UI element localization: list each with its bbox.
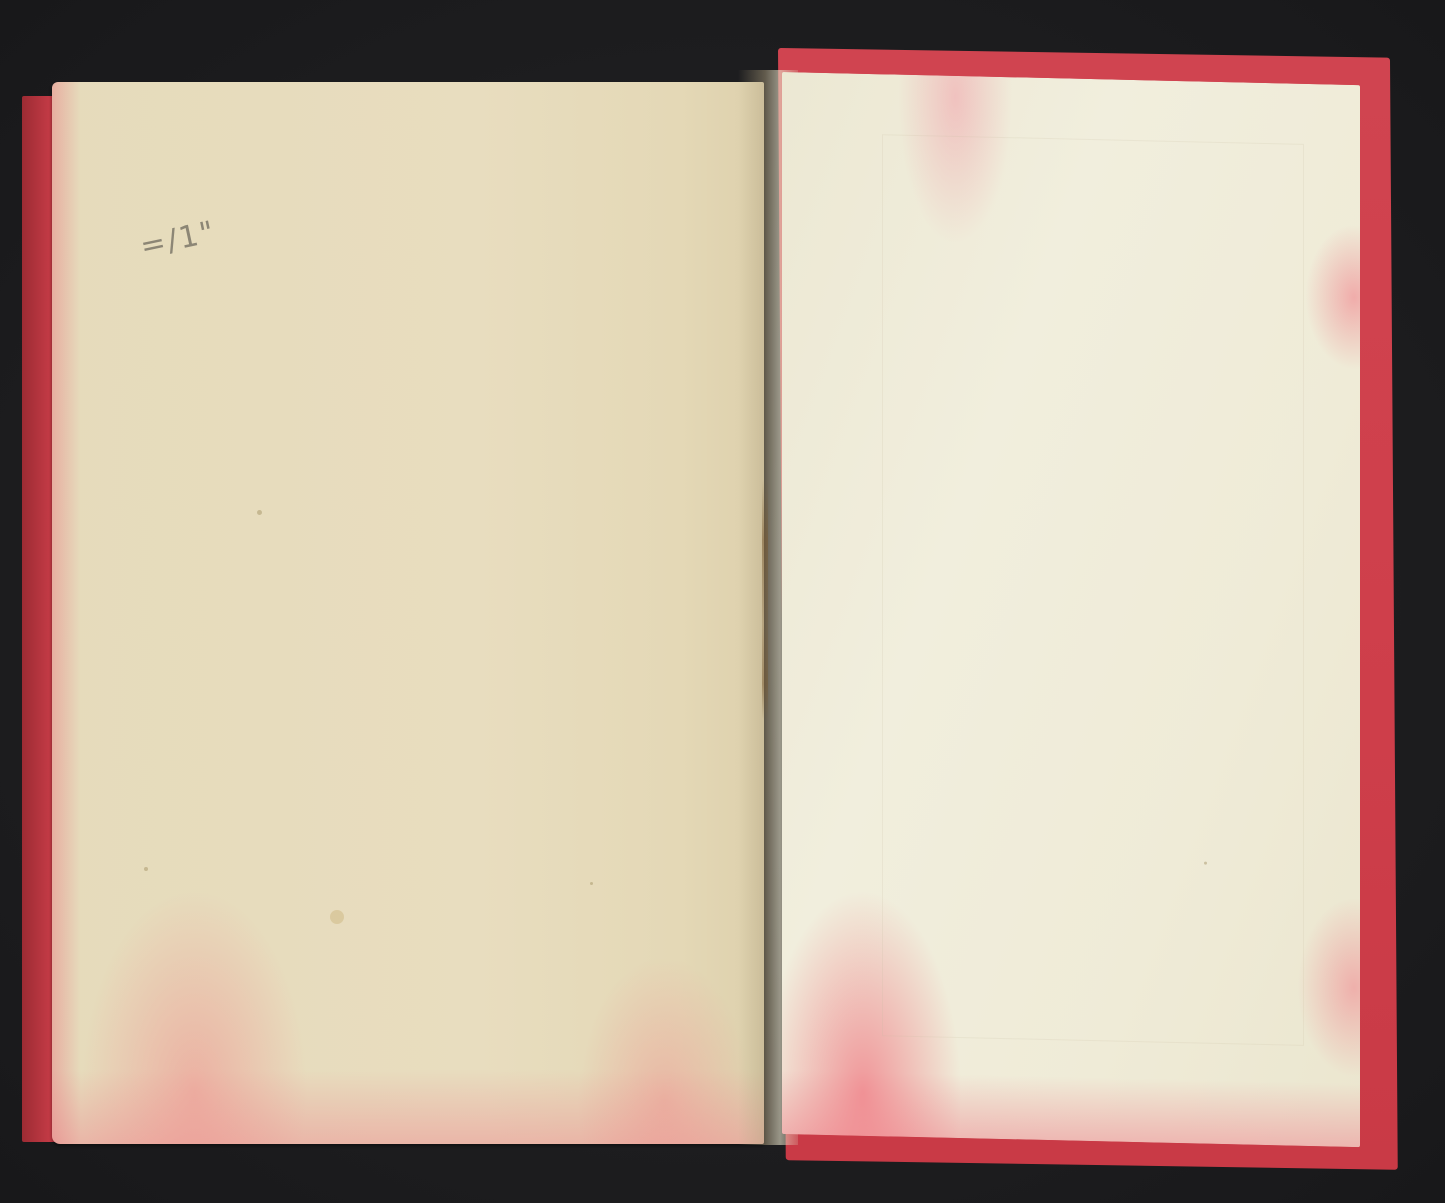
foxing-spot xyxy=(144,867,148,871)
foxing-spot xyxy=(330,910,344,924)
hinge-crack xyxy=(762,480,768,720)
left-endpaper-page: =/1" xyxy=(52,82,764,1144)
foxing-spot xyxy=(1204,862,1207,865)
faint-page-impression xyxy=(882,134,1304,1046)
right-pastedown-page xyxy=(782,72,1360,1147)
foxing-spot xyxy=(590,882,593,885)
pencil-price-annotation: =/1" xyxy=(137,214,219,264)
foxing-spot xyxy=(257,510,262,515)
photo-scene: =/1" xyxy=(0,0,1445,1203)
